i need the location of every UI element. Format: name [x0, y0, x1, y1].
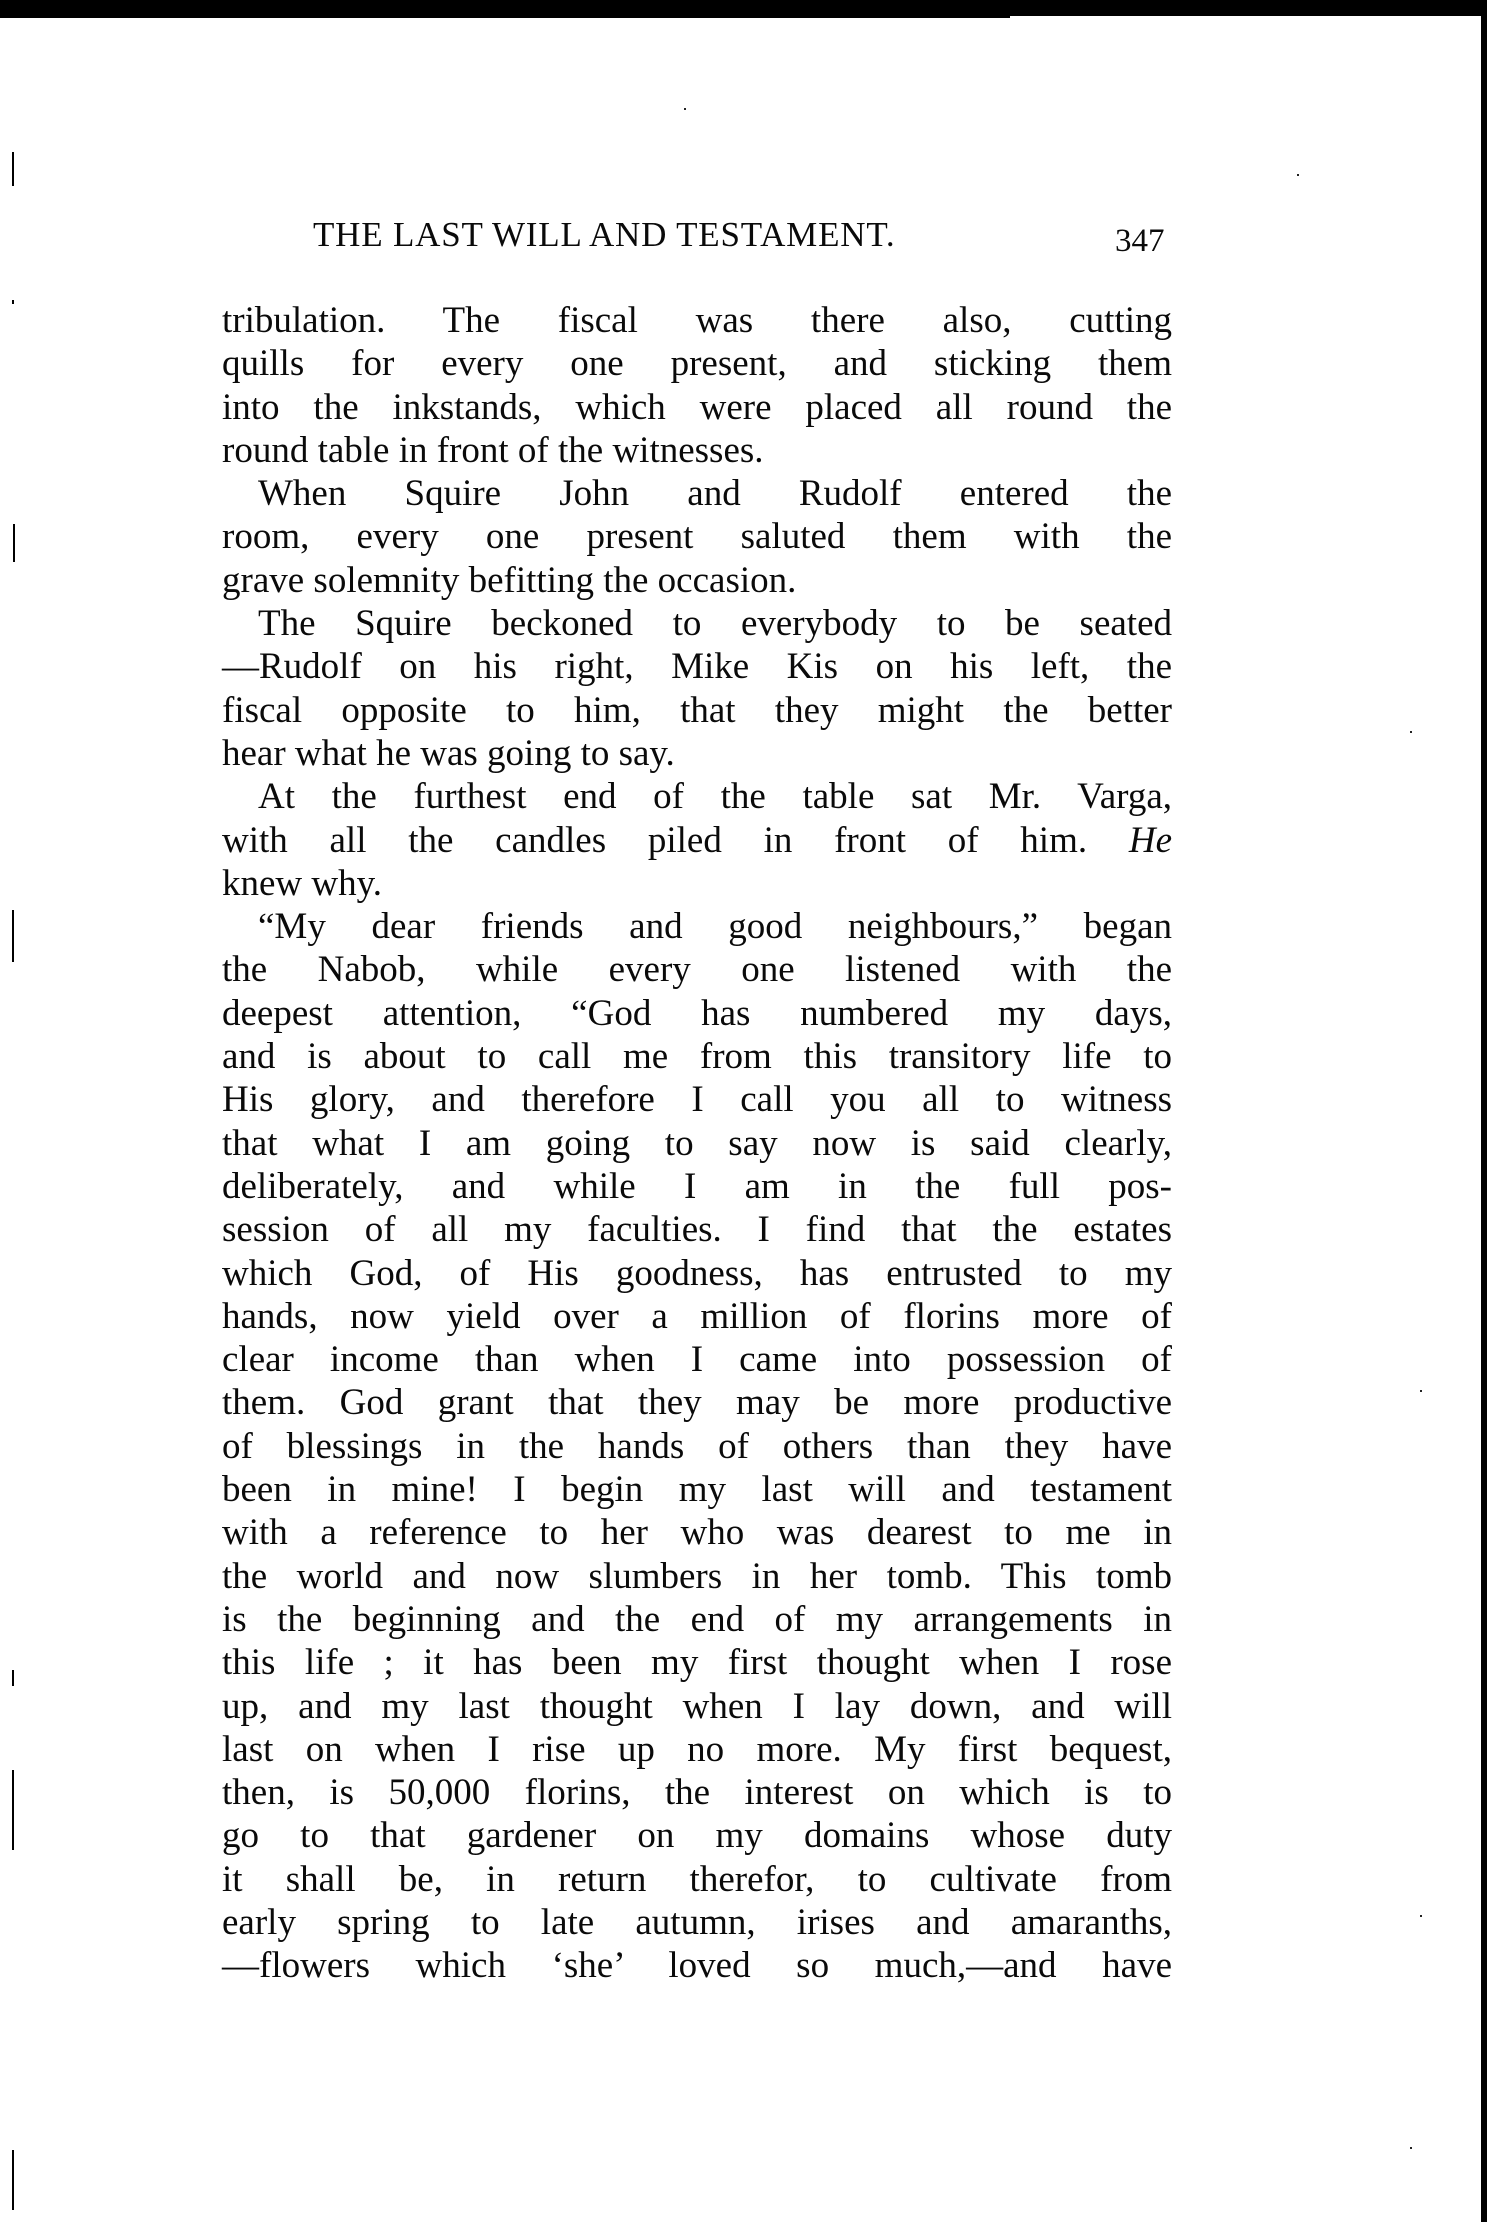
running-header: THE LAST WILL AND TESTAMENT. 347: [313, 211, 1173, 259]
text-line: with all the candles piled in front of h…: [222, 819, 1172, 862]
text-line: up, and my last thought when I lay down,…: [222, 1685, 1172, 1728]
text-line-content: —flowers which ‘she’ loved so much,—and …: [222, 1945, 1172, 1986]
scan-speck: [1420, 1915, 1422, 1917]
text-line: into the inkstands, which were placed al…: [222, 386, 1172, 429]
text-line: round table in front of the witnesses.: [222, 429, 1172, 472]
text-line: then, is 50,000 florins, the interest on…: [222, 1771, 1172, 1814]
text-line: At the furthest end of the table sat Mr.…: [222, 775, 1172, 818]
text-line: room, every one present saluted them wit…: [222, 515, 1172, 558]
italic-word: He: [1129, 820, 1172, 861]
text-line: hands, now yield over a million of flori…: [222, 1295, 1172, 1338]
page-number: 347: [1115, 217, 1165, 265]
scan-speck: [1420, 1390, 1422, 1392]
text-line-content: session of all my faculties. I find that…: [222, 1209, 1172, 1250]
text-line-content: with a reference to her who was dearest …: [222, 1512, 1172, 1553]
text-line-content: hear what he was going to say.: [222, 733, 675, 774]
text-line: with a reference to her who was dearest …: [222, 1511, 1172, 1554]
body-text: tribulation. The fiscal was there also, …: [222, 299, 1172, 1988]
text-line-content: deliberately, and while I am in the full…: [222, 1166, 1172, 1207]
text-line: early spring to late autumn, irises and …: [222, 1901, 1172, 1944]
text-line-content: the Nabob, while every one listened with…: [222, 949, 1172, 990]
text-line: —Rudolf on his right, Mike Kis on his le…: [222, 645, 1172, 688]
text-line-content: is the beginning and the end of my arran…: [222, 1599, 1172, 1640]
text-line: knew why.: [222, 862, 1172, 905]
text-line: is the beginning and the end of my arran…: [222, 1598, 1172, 1641]
text-line: the Nabob, while every one listened with…: [222, 948, 1172, 991]
text-line-content: last on when I rise up no more. My first…: [222, 1729, 1172, 1770]
text-line: it shall be, in return therefor, to cult…: [222, 1858, 1172, 1901]
text-line-content: go to that gardener on my domains whose …: [222, 1815, 1172, 1856]
text-line: —flowers which ‘she’ loved so much,—and …: [222, 1944, 1172, 1987]
text-line-content: deepest attention, “God has numbered my …: [222, 993, 1172, 1034]
text-line: last on when I rise up no more. My first…: [222, 1728, 1172, 1771]
text-line: clear income than when I came into posse…: [222, 1338, 1172, 1381]
text-line-content: the world and now slumbers in her tomb. …: [222, 1556, 1172, 1597]
text-line-content: “My dear friends and good neighbours,” b…: [258, 906, 1172, 947]
text-line-content: been in mine! I begin my last will and t…: [222, 1469, 1172, 1510]
text-line: quills for every one present, and sticki…: [222, 342, 1172, 385]
text-line-content: with all the candles piled in front of h…: [222, 820, 1087, 861]
text-line-content: tribulation. The fiscal was there also, …: [222, 300, 1172, 341]
scan-margin-mark: [12, 1770, 14, 1850]
scan-speck: [1410, 2147, 1412, 2149]
text-line-content: up, and my last thought when I lay down,…: [222, 1686, 1172, 1727]
text-line-content: of blessings in the hands of others than…: [222, 1426, 1172, 1467]
text-line-content: fiscal opposite to him, that they might …: [222, 690, 1172, 731]
text-line: been in mine! I begin my last will and t…: [222, 1468, 1172, 1511]
text-line: The Squire beckoned to everybody to be s…: [222, 602, 1172, 645]
text-line: session of all my faculties. I find that…: [222, 1208, 1172, 1251]
text-line-content: The Squire beckoned to everybody to be s…: [258, 603, 1172, 644]
text-line-content: When Squire John and Rudolf entered the: [258, 473, 1172, 514]
chapter-title: THE LAST WILL AND TESTAMENT.: [313, 211, 895, 259]
text-line: go to that gardener on my domains whose …: [222, 1814, 1172, 1857]
text-line-content: into the inkstands, which were placed al…: [222, 387, 1172, 428]
text-line-content: His glory, and therefore I call you all …: [222, 1079, 1172, 1120]
scan-border-right: [1481, 0, 1487, 2222]
text-line: fiscal opposite to him, that they might …: [222, 689, 1172, 732]
text-line: hear what he was going to say.: [222, 732, 1172, 775]
text-line: deliberately, and while I am in the full…: [222, 1165, 1172, 1208]
scan-margin-mark: [12, 2150, 14, 2210]
text-line-content: this life ; it has been my first thought…: [222, 1642, 1172, 1683]
text-line-content: and is about to call me from this transi…: [222, 1036, 1172, 1077]
text-line: which God, of His goodness, has entruste…: [222, 1252, 1172, 1295]
text-line: of blessings in the hands of others than…: [222, 1425, 1172, 1468]
text-line-content: room, every one present saluted them wit…: [222, 516, 1172, 557]
text-line: “My dear friends and good neighbours,” b…: [222, 905, 1172, 948]
text-line: and is about to call me from this transi…: [222, 1035, 1172, 1078]
text-line-content: hands, now yield over a million of flori…: [222, 1296, 1172, 1337]
text-line-content: them. God grant that they may be more pr…: [222, 1382, 1172, 1423]
scan-margin-mark: [12, 300, 14, 304]
text-line: When Squire John and Rudolf entered the: [222, 472, 1172, 515]
text-line: His glory, and therefore I call you all …: [222, 1078, 1172, 1121]
scan-speck: [684, 108, 686, 110]
text-line-content: —Rudolf on his right, Mike Kis on his le…: [222, 646, 1172, 687]
text-line-content: then, is 50,000 florins, the interest on…: [222, 1772, 1172, 1813]
scan-margin-mark: [12, 910, 14, 962]
text-line: that what I am going to say now is said …: [222, 1122, 1172, 1165]
scan-margin-mark: [13, 524, 15, 562]
text-line-content: knew why.: [222, 863, 382, 904]
text-line-content: early spring to late autumn, irises and …: [222, 1902, 1172, 1943]
text-line-content: round table in front of the witnesses.: [222, 430, 764, 471]
text-line-content: quills for every one present, and sticki…: [222, 343, 1172, 384]
text-line-content: which God, of His goodness, has entruste…: [222, 1253, 1172, 1294]
text-line-content: At the furthest end of the table sat Mr.…: [258, 776, 1172, 817]
text-line-content: clear income than when I came into posse…: [222, 1339, 1172, 1380]
text-line: them. God grant that they may be more pr…: [222, 1381, 1172, 1424]
text-line-content: grave solemnity befitting the occasion.: [222, 560, 796, 601]
scan-margin-mark: [12, 1670, 14, 1686]
text-line: this life ; it has been my first thought…: [222, 1641, 1172, 1684]
text-line: the world and now slumbers in her tomb. …: [222, 1555, 1172, 1598]
scan-speck: [1410, 731, 1412, 733]
scan-border-top: [0, 0, 1487, 16]
scan-speck: [1297, 174, 1299, 176]
text-line-content: that what I am going to say now is said …: [222, 1123, 1172, 1164]
text-line-content: it shall be, in return therefor, to cult…: [222, 1859, 1172, 1900]
text-line: tribulation. The fiscal was there also, …: [222, 299, 1172, 342]
text-line: deepest attention, “God has numbered my …: [222, 992, 1172, 1035]
scan-margin-mark: [12, 152, 14, 186]
text-line: grave solemnity befitting the occasion.: [222, 559, 1172, 602]
